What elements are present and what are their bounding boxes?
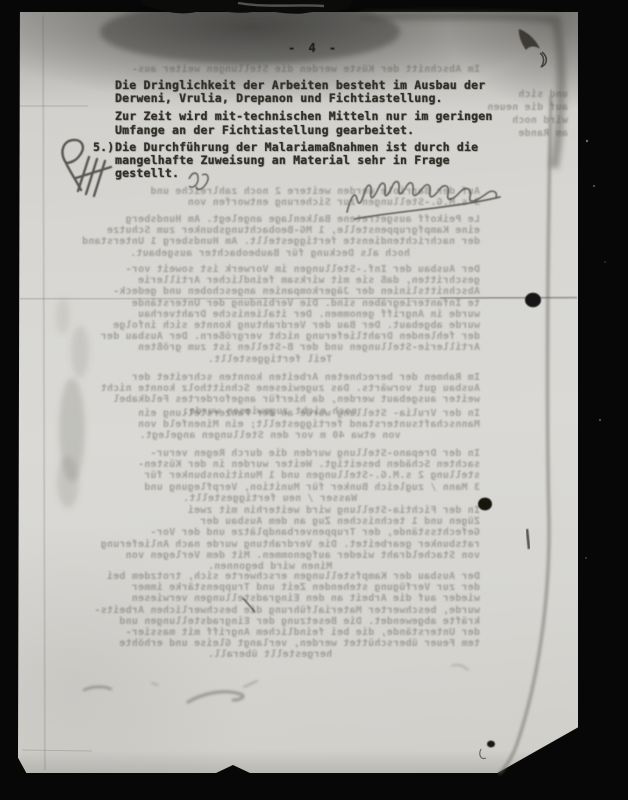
bleed-through-block: In der Drepano-Stellung wurden die durch… (60, 448, 480, 504)
list-marker: 5.) (93, 141, 114, 154)
bleed-through-line: Artillerie-Stellungen und der B-Stellen … (60, 342, 480, 353)
typed-line: Zur Zeit wird mit-technischen Mitteln nu… (115, 110, 505, 123)
typed-paragraphs: Die Dringlichkeit der Arbeiten besteht i… (115, 79, 505, 180)
bleed-through-line: wieder auf die Arbeit an den Eingradstel… (60, 593, 480, 604)
bleed-through-line: von etwa 40 m vor den Stellungen angeleg… (60, 430, 480, 441)
bleed-through-line: weiter ausgebaut werden, da hierfür ange… (60, 394, 480, 405)
typed-line: gestellt. (115, 167, 505, 180)
bleed-through-line: der fehlenden Drahtlieferung nicht vergr… (60, 331, 480, 342)
bleed-through-line: Ausbau gut vorwärts. Das zugewiesene Sch… (60, 383, 480, 394)
bleed-through-line: geschritten, daß sie mit wirksam feindli… (60, 275, 480, 286)
bleed-through-line: eine Kampfgruppenstelle, 1 MG-Beobachtun… (60, 225, 480, 236)
bleed-through-block: In der Fichtia-Stellung wird weiterhin m… (60, 505, 480, 572)
bleed-through-line: In der Drepano-Stellung wurden die durch… (60, 448, 480, 459)
bleed-through-line: sachten Schäden beseitigt. Weiter wurden… (60, 459, 480, 470)
bleed-through-block: Le Peikoff ausgetretene Balkenlage angel… (60, 214, 480, 259)
bleed-through-block: Im Abschnitt der Küste werden die Stellu… (60, 64, 480, 75)
bleed-through-line: Teil fertiggestellt. (60, 354, 480, 365)
bleed-through-line: der zur Verfügung stehenden Zeit und Tru… (60, 582, 480, 593)
bleed-through-line: te Infanteriegräben sind. Die Verbindung… (60, 298, 480, 309)
bleed-through-line: Zügen und 1 technischen Zug an dem Ausba… (60, 516, 480, 527)
bleed-through-line: von Stacheldraht wieder aufgenommen. Mit… (60, 550, 480, 561)
bleed-through-line: der nachrichtendienste fertiggestellt. A… (60, 236, 480, 247)
bleed-through-line: Der Ausbau der Inf.-Stellungen im Vorwer… (60, 264, 480, 275)
bleed-through-line: Le Peikoff ausgetretene Balkenlage angel… (60, 214, 480, 225)
bleed-through-line: Im Abschnitt der Küste werden die Stellu… (60, 64, 480, 75)
bleed-through-line: stellung 2 s.M.G.-Stellungen und 1 Munit… (60, 470, 480, 481)
typed-line: Umfange an der Fichtiastellung gearbeite… (115, 124, 505, 137)
bleed-through-block: Der Ausbau der Kampfstellungen erschwert… (60, 571, 480, 661)
bleed-through-line: In der Vrulia- Stellung wurde an der Pan… (60, 408, 480, 419)
bleed-through-line: Abschnittslinien der Jägerkompanien ange… (60, 286, 480, 297)
typed-line: Derweni, Vrulia, Drepanon und Fichtiaste… (115, 92, 505, 105)
bleed-through-line: der Unterstände, die bei feindlichem Ang… (60, 627, 480, 638)
bleed-through-line: kräfte abgewendet. Die Besetzung der Ein… (60, 616, 480, 627)
bleed-through-line: wurde in Angriff genommen. Der italienis… (60, 309, 480, 320)
bleed-through-line: hergestellt überall. (60, 649, 480, 660)
bleed-through-line: Der Ausbau der Kampfstellungen erschwert… (60, 571, 480, 582)
dust-specks (585, 140, 606, 559)
bleed-through-line: 3 s.M.G.-Stellungen zur Sicherung entwor… (60, 197, 480, 208)
typed-paragraph: 5.)Die Durchführung der Malariamaßnahmen… (115, 141, 505, 181)
bleed-through-line: ratsbunker gearbeitet. Die Verdrahtung w… (60, 539, 480, 550)
bleed-through-line: wurde abgebaut. Der Bau der Verdrahtung … (60, 320, 480, 331)
bleed-through-line: Gefechtsstände, der Truppenverbandplätze… (60, 527, 480, 538)
bleed-through-line: Auf der Barriole werden weitere 2 noch z… (60, 186, 480, 197)
bleed-through-line: Wasser / neu fertiggestellt. (60, 493, 480, 504)
bleed-through-line: Mannschaftsunterstand fertiggestellt; ei… (60, 419, 480, 430)
page-number: - 4 - (288, 41, 339, 55)
bleed-through-block: In der Vrulia- Stellung wurde an der Pan… (60, 408, 480, 442)
bleed-through-line: Im Rahmen der berechneten Arbeiten konnt… (60, 372, 480, 383)
bleed-through-line: 3 Mann / zugleich Bunker für Munition, V… (60, 482, 480, 493)
photographed-document: - 4 - Im Abschnitt der Küste werden die … (0, 0, 628, 800)
typed-paragraph: Die Dringlichkeit der Arbeiten besteht i… (115, 79, 505, 105)
bleed-through-line: In der Fichtia-Stellung wird weiterhin m… (60, 505, 480, 516)
bleed-through-line: hoch als Deckung für Baubeobachter ausge… (60, 248, 480, 259)
bleed-through-line: tem Feuer überschüttet werden, verlangt … (60, 638, 480, 649)
bleed-through-line: wurde, beschwerter Materialführung die b… (60, 605, 480, 616)
bleed-through-block: Auf der Barriole werden weitere 2 noch z… (60, 186, 480, 208)
typed-paragraph: Zur Zeit wird mit-technischen Mitteln nu… (115, 110, 505, 136)
bleed-through-block: Der Ausbau der Inf.-Stellungen im Vorwer… (60, 264, 480, 365)
